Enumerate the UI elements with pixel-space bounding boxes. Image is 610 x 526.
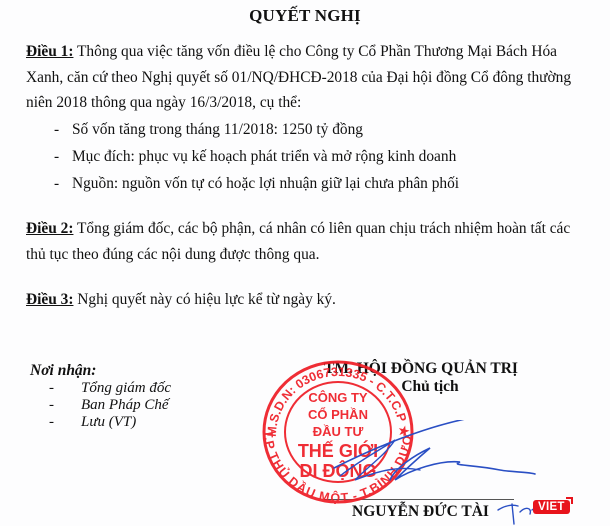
recipient-item: -Ban Pháp Chế bbox=[30, 397, 171, 414]
document-page: QUYẾT NGHỊ Điều 1: Thông qua việc tăng v… bbox=[0, 0, 610, 526]
list-item: -Nguồn: nguồn vốn tự có hoặc lợi nhuận g… bbox=[54, 170, 459, 197]
article-3: Điều 3: Nghị quyết này có hiệu lực kể từ… bbox=[26, 287, 586, 313]
watermark-badge: VIET bbox=[533, 500, 570, 514]
svg-text:CÔNG TY: CÔNG TY bbox=[308, 390, 368, 405]
recipients-block: Nơi nhận: -Tổng giám đốc -Ban Pháp Chế -… bbox=[30, 362, 171, 431]
article-3-label: Điều 3: bbox=[26, 291, 73, 308]
recipient-item: -Tổng giám đốc bbox=[30, 380, 171, 397]
recipient-item: -Lưu (VT) bbox=[30, 414, 171, 431]
article-1-label: Điều 1: bbox=[26, 43, 73, 60]
article-1-bullets: -Số vốn tăng trong tháng 11/2018: 1250 t… bbox=[54, 116, 459, 197]
document-title: QUYẾT NGHỊ bbox=[0, 6, 610, 26]
article-2-text: Tổng giám đốc, các bộ phận, cá nhân có l… bbox=[26, 220, 570, 263]
article-2: Điều 2: Tổng giám đốc, các bộ phận, cá n… bbox=[26, 216, 586, 267]
article-1-text: Thông qua việc tăng vốn điều lệ cho Công… bbox=[26, 43, 571, 111]
list-item: -Mục đích: phục vụ kế hoạch phát triển v… bbox=[54, 143, 459, 170]
list-item: -Số vốn tăng trong tháng 11/2018: 1250 t… bbox=[54, 116, 459, 143]
article-1: Điều 1: Thông qua việc tăng vốn điều lệ … bbox=[26, 39, 586, 116]
article-3-text: Nghị quyết này có hiệu lực kể từ ngày ký… bbox=[73, 291, 335, 308]
recipients-heading: Nơi nhận: bbox=[30, 362, 171, 379]
article-2-label: Điều 2: bbox=[26, 220, 73, 237]
